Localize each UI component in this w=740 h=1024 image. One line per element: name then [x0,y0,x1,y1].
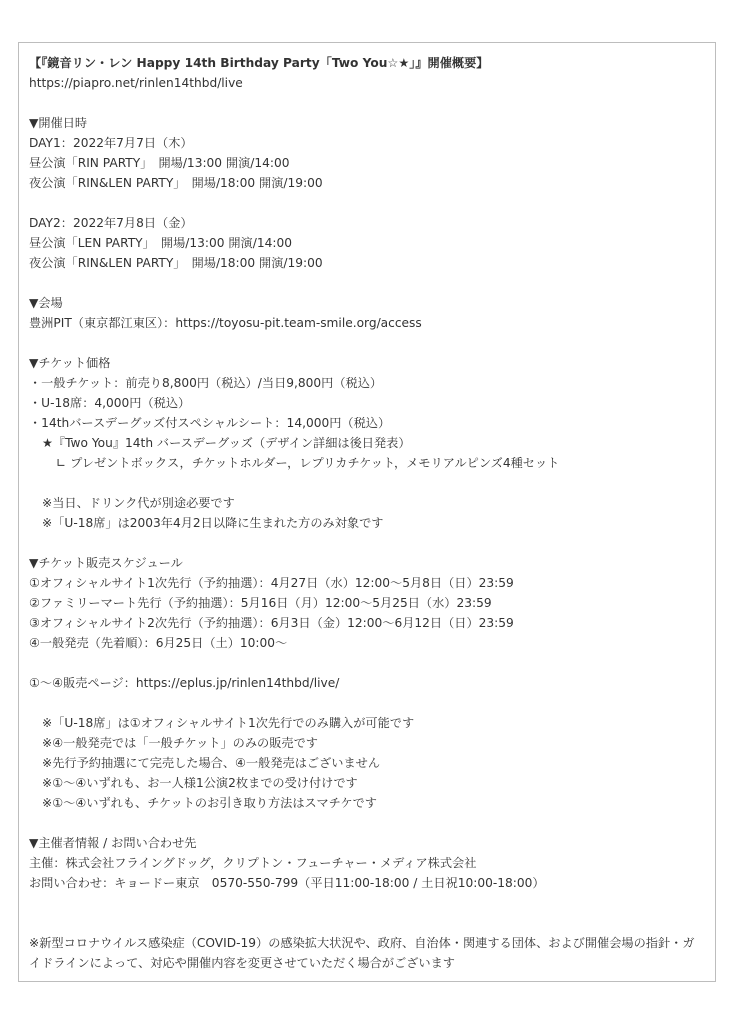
sales-page-link[interactable]: https://eplus.jp/rinlen14thbd/live/ [136,676,339,690]
venue-heading: ▼会場 [29,293,705,313]
spacer [29,93,705,113]
sales-note-4: ※①～④いずれも、お一人様1公演2枚までの受け付けです [29,773,705,793]
spacer [29,273,705,293]
price-note-u18: ※「U-18席」は2003年4月2日以降に生まれた方のみ対象です [29,513,705,533]
sales-page: ①～④販売ページ：https://eplus.jp/rinlen14thbd/l… [29,673,705,693]
organizer-heading: ▼主催者情報 / お問い合わせ先 [29,833,705,853]
organizer-host: 主催：株式会社フライングドッグ，クリプトン・フューチャー・メディア株式会社 [29,853,705,873]
official-site-link[interactable]: https://piapro.net/rinlen14thbd/live [29,76,243,90]
organizer-contact: お問い合わせ：キョードー東京 0570-550-799（平日11:00-18:0… [29,873,705,893]
price-note-drink: ※当日、ドリンク代が別途必要です [29,493,705,513]
sales-note-2: ※④一般発売では「一般チケット」のみの販売です [29,733,705,753]
spacer [29,333,705,353]
document-title: 【『鏡音リン・レン Happy 14th Birthday Party「Two … [29,53,705,73]
venue-name: 豊洲PIT（東京都江東区）： [29,316,175,330]
event-overview-document: 【『鏡音リン・レン Happy 14th Birthday Party「Two … [18,42,716,982]
sales-note-5: ※①～④いずれも、チケットのお引き取り方法はスマチケです [29,793,705,813]
day1-show-night: 夜公演「RIN&LEN PARTY」 開場/18:00 開演/19:00 [29,173,705,193]
sales-heading: ▼チケット販売スケジュール [29,553,705,573]
venue-info: 豊洲PIT（東京都江東区）：https://toyosu-pit.team-sm… [29,313,705,333]
spacer [29,533,705,553]
spacer [29,193,705,213]
price-special-seat: ・14thバースデーグッズ付スペシャルシート：14,000円（税込） [29,413,705,433]
schedule-heading: ▼開催日時 [29,113,705,133]
day1-date: DAY1：2022年7月7日（木） [29,133,705,153]
sales-note-3: ※先行予約抽選にて完売した場合、④一般発売はございません [29,753,705,773]
sales-item-1: ①オフィシャルサイト1次先行（予約抽選）：4月27日（水）12:00～5月8日（… [29,573,705,593]
sales-page-label: ①～④販売ページ： [29,676,136,690]
price-u18: ・U-18席：4,000円（税込） [29,393,705,413]
day2-show-day: 昼公演「LEN PARTY」 開場/13:00 開演/14:00 [29,233,705,253]
prices-heading: ▼チケット価格 [29,353,705,373]
day2-date: DAY2：2022年7月8日（金） [29,213,705,233]
spacer [29,913,705,933]
spacer [29,653,705,673]
goods-info: ★『Two You』14th バースデーグッズ（デザイン詳細は後日発表） [29,433,705,453]
covid-notice: ※新型コロナウイルス感染症（COVID-19）の感染拡大状況や、政府、自治体・関… [29,933,705,973]
price-general: ・一般チケット：前売り8,800円（税込）/当日9,800円（税込） [29,373,705,393]
spacer [29,813,705,833]
day1-show-day: 昼公演「RIN PARTY」 開場/13:00 開演/14:00 [29,153,705,173]
day2-show-night: 夜公演「RIN&LEN PARTY」 開場/18:00 開演/19:00 [29,253,705,273]
goods-detail: ∟ プレゼントボックス，チケットホルダー，レプリカチケット，メモリアルピンズ4種… [29,453,705,473]
spacer [29,473,705,493]
spacer [29,893,705,913]
spacer [29,693,705,713]
sales-item-2: ②ファミリーマート先行（予約抽選）：5月16日（月）12:00～5月25日（水）… [29,593,705,613]
sales-item-4: ④一般発売（先着順）：6月25日（土）10:00～ [29,633,705,653]
sales-item-3: ③オフィシャルサイト2次先行（予約抽選）：6月3日（金）12:00～6月12日（… [29,613,705,633]
sales-note-1: ※「U-18席」は①オフィシャルサイト1次先行でのみ購入が可能です [29,713,705,733]
venue-access-link[interactable]: https://toyosu-pit.team-smile.org/access [175,316,421,330]
